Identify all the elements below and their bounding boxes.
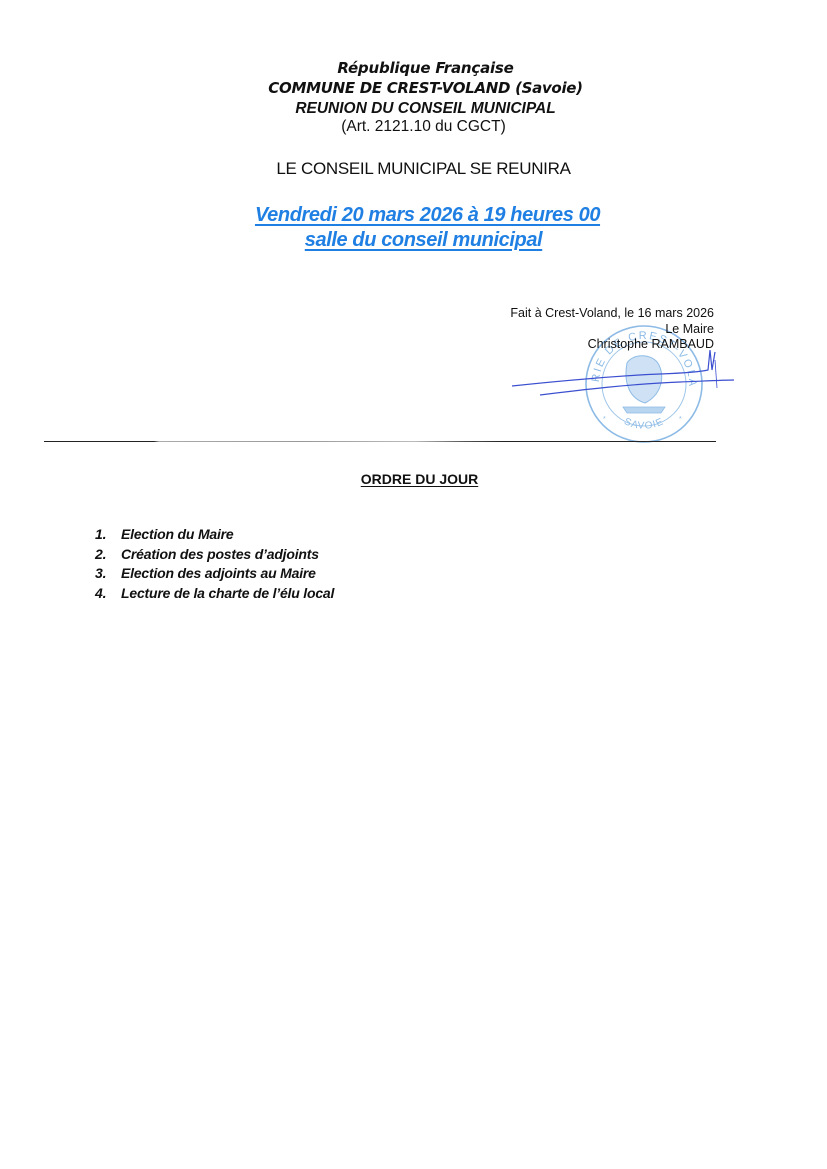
announcement-intro: LE CONSEIL MUNICIPAL SE REUNIRA <box>0 159 827 179</box>
svg-text:SAVOIE: SAVOIE <box>622 416 665 432</box>
meeting-date-time: Vendredi 20 mars 2026 à 19 heures 00 <box>0 204 827 227</box>
agenda-item: 2. Création des postes d’adjoints <box>95 545 334 565</box>
signatory-title: Le Maire <box>510 322 714 338</box>
agenda-item-number: 1. <box>95 525 121 545</box>
agenda-title: ORDRE DU JOUR <box>0 471 827 487</box>
agenda-item: 4. Lecture de la charte de l’élu local <box>95 584 334 604</box>
signatory-name: Christophe RAMBAUD <box>510 337 714 353</box>
agenda-item-number: 3. <box>95 564 121 584</box>
agenda-item: 3. Election des adjoints au Maire <box>95 564 334 584</box>
place-and-date: Fait à Crest-Voland, le 16 mars 2026 <box>510 306 714 322</box>
agenda-item-label: Lecture de la charte de l’élu local <box>121 584 334 604</box>
agenda-item-label: Création des postes d’adjoints <box>121 545 319 565</box>
stamp-text-bottom: SAVOIE <box>622 416 665 432</box>
agenda-item-label: Election des adjoints au Maire <box>121 564 316 584</box>
legal-reference: (Art. 2121.10 du CGCT) <box>0 118 827 136</box>
agenda-list: 1. Election du Maire 2. Création des pos… <box>95 525 334 603</box>
agenda-item: 1. Election du Maire <box>95 525 334 545</box>
meeting-type-heading: REUNION DU CONSEIL MUNICIPAL <box>0 100 827 118</box>
commune-heading: COMMUNE DE CREST-VOLAND (Savoie) <box>0 79 827 97</box>
republic-heading: République Française <box>0 59 827 77</box>
document-page: République Française COMMUNE DE CREST-VO… <box>0 0 827 1169</box>
agenda-item-number: 4. <box>95 584 121 604</box>
signature-block: Fait à Crest-Voland, le 16 mars 2026 Le … <box>510 306 714 353</box>
meeting-location: salle du conseil municipal <box>0 229 827 252</box>
section-divider <box>44 441 716 442</box>
agenda-item-label: Election du Maire <box>121 525 234 545</box>
agenda-item-number: 2. <box>95 545 121 565</box>
svg-text:*: * <box>603 416 606 423</box>
svg-text:*: * <box>679 416 682 423</box>
